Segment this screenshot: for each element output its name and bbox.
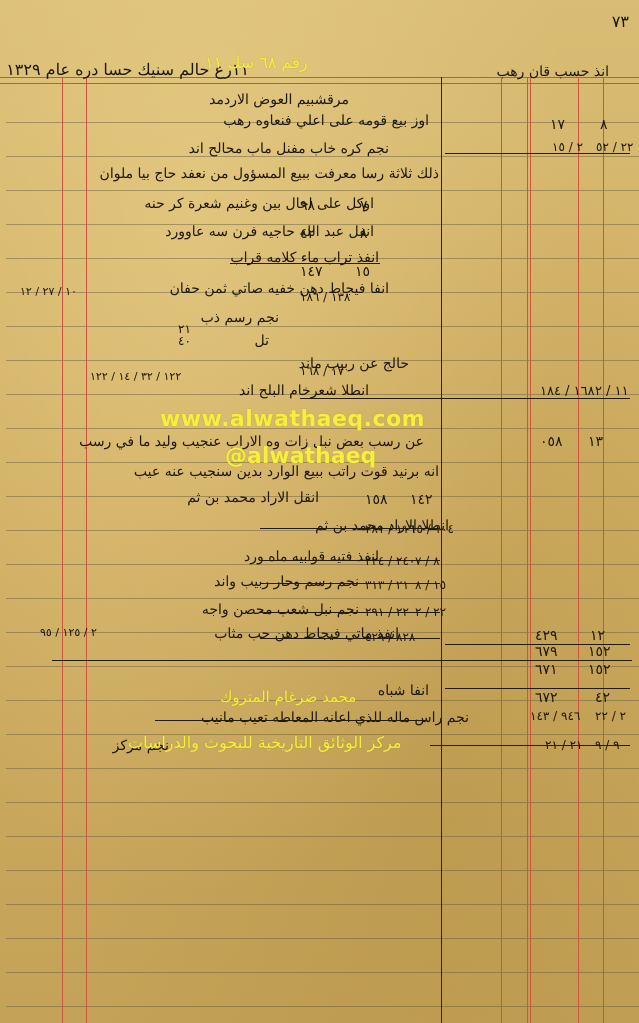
entry-1-amount-b: ٨ bbox=[600, 117, 608, 133]
entry-8: نجم رسم ذب bbox=[201, 310, 279, 326]
entry-17-n1: ٢١ / ٣١٣ bbox=[365, 578, 409, 592]
entry-25-a: ٢١ / ٢١ bbox=[545, 738, 582, 752]
watermark-handle: @alwathaeq bbox=[225, 444, 376, 469]
entry-17: نجم رسم وحار ربيب واند bbox=[214, 574, 359, 590]
entry-1-amount: ١٧ bbox=[550, 117, 565, 133]
entry-3: ذلك ثلاثة رسا معرفت ببيع المسؤول من نعفد… bbox=[100, 166, 439, 182]
column-line-2a bbox=[527, 77, 528, 1023]
entry-14-n1: ١٥٨ bbox=[365, 492, 388, 508]
entry-15-n1: ١١٦ / ٢٨١ bbox=[365, 522, 415, 536]
ledger-page: ٧٣ ١١رع حالم سنيك حسا دره عام ١٣٢٩ انذ ح… bbox=[0, 0, 639, 1023]
entry-24-b: ٢ / ٢٢ bbox=[595, 709, 626, 723]
entry-4-n2: ٧ bbox=[360, 198, 368, 214]
total-22-a: ٦٧١ bbox=[535, 662, 558, 678]
entry-11-amount-b: ١١ / ٢ bbox=[595, 384, 629, 399]
entry-18: نجم نبل شعب محصن واجه bbox=[202, 602, 359, 618]
entry-12-amount-b: ١٣ bbox=[588, 434, 603, 450]
entry-17-n2: ١٥ / ٨ bbox=[415, 578, 446, 592]
column-line-2b bbox=[530, 77, 531, 1023]
entry-1: اوز بيع قومه على اعلي فنعاوه رهب bbox=[223, 113, 429, 129]
entry-4-n1: ٩٨ bbox=[300, 198, 315, 214]
column-line-3 bbox=[578, 77, 579, 1023]
entry-15-n2: ١٠٤ / ١٥ bbox=[410, 522, 454, 536]
entry-9-n1: ٤٠ bbox=[178, 334, 191, 348]
entry-5: انفل عبد الله حاجيه فرن سه عاوورد bbox=[165, 224, 374, 240]
margin-line-left-1 bbox=[62, 77, 63, 1023]
entry-23-a: ٦٧٢ bbox=[535, 690, 558, 706]
entry-24: نجم راس ماله للذي اعانه المعاطه تعيب مان… bbox=[201, 710, 469, 726]
entry-17-rule bbox=[260, 583, 440, 584]
column-line-1 bbox=[501, 77, 502, 1023]
entry-12-amount: ٠٥٨ bbox=[540, 434, 563, 450]
total-21-b: ١٥٢ bbox=[588, 644, 611, 660]
entry-23: انفا شباه bbox=[378, 683, 429, 699]
entry-25-b: ٩ / ٩ bbox=[595, 738, 620, 752]
entry-6-n2: ١٥ bbox=[355, 264, 370, 280]
entry-16: انفذ فتيه قوابيه ماه ورد bbox=[244, 549, 379, 565]
watermark-center: مركز الوثائق التاريخية للبحوث والدراسات bbox=[128, 733, 401, 752]
section-total-line bbox=[52, 660, 632, 661]
column-divider bbox=[441, 77, 442, 1023]
entry-16-n2: ٨ / ٧ bbox=[415, 554, 440, 568]
entry-24-a: ٩٤٦ / ١٤٣ bbox=[530, 709, 580, 723]
entry-2: نجم كره خاب مفنل ماب محالح اند bbox=[189, 141, 389, 157]
entry-11-amount: ١٦٨ / ١٨٤ bbox=[540, 384, 595, 399]
entry-14: انقل الاراد محمد بن ثم bbox=[187, 490, 319, 506]
entry-10-n2: ١٢٢ / ٣٢ / ١٤ / ١٢٢ bbox=[90, 370, 181, 383]
total-rule-2 bbox=[445, 688, 630, 689]
header-right: انذ حسب قان رهب bbox=[496, 64, 609, 80]
watermark-author: محمد ضرغام المتروك bbox=[220, 688, 356, 706]
total-22-b: ١٥٢ bbox=[588, 662, 611, 678]
entry-6-n1: ١٤٧ bbox=[300, 264, 323, 280]
watermark-ref-number: رقم ٦٨ سك ١١ bbox=[205, 53, 308, 72]
entry-16-n1: ٢٤٠ / ٢٢٤ bbox=[365, 554, 415, 568]
entry-0: مرقشبيم العوض الاردمد bbox=[209, 92, 349, 108]
entry-2-amount: ٢ / ١٥ bbox=[552, 140, 583, 154]
entry-18-n1: ٢٢ / ٢٩١ bbox=[365, 605, 409, 619]
entry-11: انطلا شعرخام البلح اند bbox=[239, 383, 369, 399]
entry-7: انفا فيجاط دهن خفيه صاتي ثمن حفان bbox=[170, 281, 389, 297]
entry-14-n2: ١٤٢ bbox=[410, 492, 433, 508]
total-21-a: ٦٧٩ bbox=[535, 644, 558, 660]
margin-line-left-2 bbox=[86, 77, 87, 1023]
watermark-site: www.alwathaeq.com bbox=[160, 407, 425, 432]
entry-7-n1: ١٣٨ / ١٨٦ bbox=[300, 290, 350, 304]
entry-18-rule bbox=[260, 612, 440, 613]
entry-5-n2: ٨ bbox=[360, 226, 368, 242]
entry-9: تل bbox=[255, 333, 270, 349]
entry-4: اوكل على احال بين وغنيم شعرة كر حنه bbox=[144, 196, 374, 212]
entry-5-n1: ٤٢ bbox=[300, 226, 315, 242]
column-line-4 bbox=[603, 77, 604, 1023]
total-20-a: ٤٢٩ bbox=[535, 628, 558, 644]
entry-2-amount-b: ٢٢ / ٥٢ bbox=[596, 140, 633, 154]
total-20-b: ١٢ bbox=[590, 628, 605, 644]
entry-23-b: ٤٢ bbox=[595, 690, 610, 706]
entry-24-rule bbox=[155, 720, 425, 721]
entry-7-n2: ١٠ / ٢٧ / ١٢ bbox=[20, 285, 77, 298]
entry-19-n1: ٨٢٨ / ٤٢٩ bbox=[365, 630, 415, 644]
entry-10-n1: ١٧ / ١٦٨ bbox=[300, 364, 344, 378]
page-number: ٧٣ bbox=[612, 12, 629, 31]
entry-19-n2: ٢ / ١٢٥ / ٩٥ bbox=[40, 626, 97, 639]
entry-18-n2: ٢٢ / ٢ bbox=[415, 605, 446, 619]
